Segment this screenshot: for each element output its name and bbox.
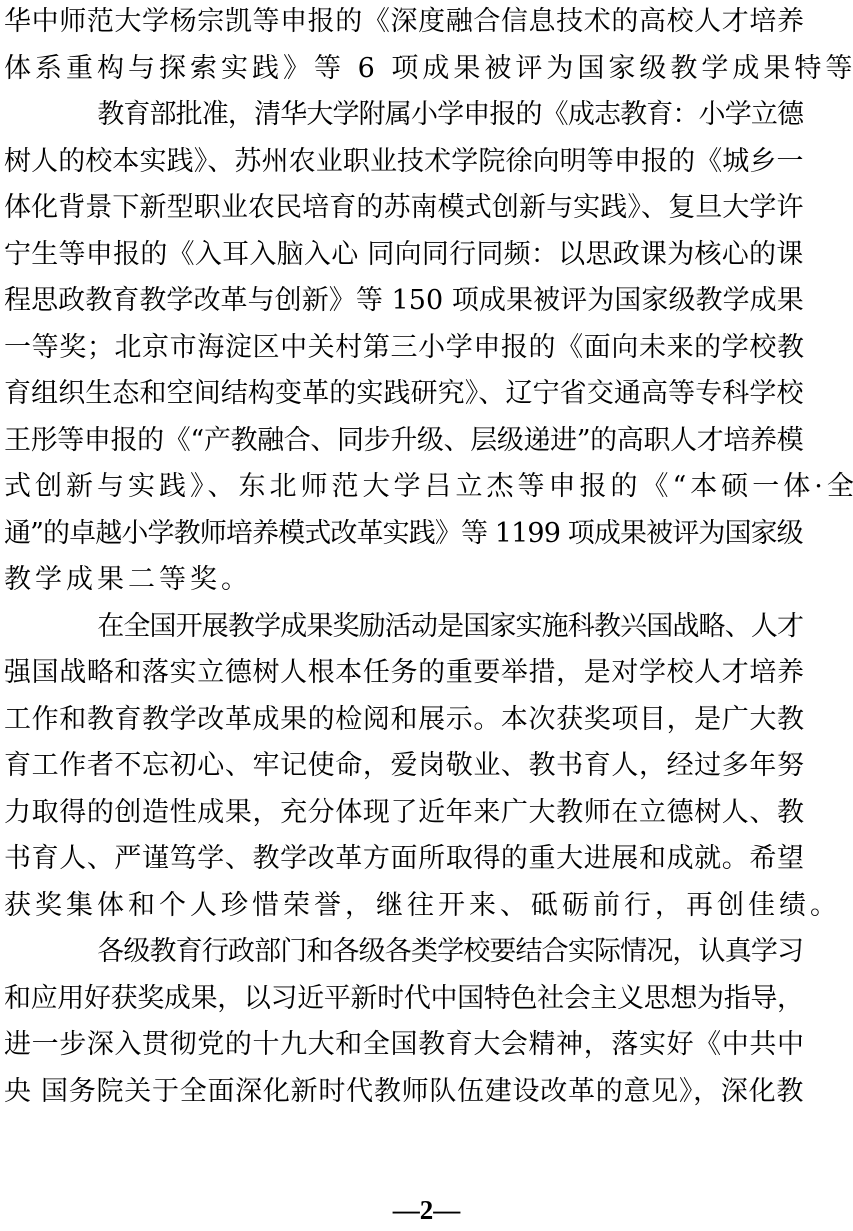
text-line: 宁生等申报的《入耳入脑入心 同向同行同频：以思政课为核心的课 (4, 232, 804, 278)
text-line: 力取得的创造性成果，充分体现了近年来广大教师在立德树人、教 (4, 790, 805, 836)
text-line: 在全国开展教学成果奖励活动是国家实施科教兴国战略、人才 (97, 604, 803, 650)
text-line: 进一步深入贯彻党的十九大和全国教育大会精神，落实好《中共中 (4, 1022, 805, 1068)
text-line: 程思政教育教学改革与创新》等 150 项成果被评为国家级教学成果 (4, 278, 804, 324)
text-line: 树人的校本实践》、苏州农业职业技术学院徐向明等申报的《城乡一 (4, 139, 804, 185)
text-line: 华中师范大学杨宗凯等申报的《深度融合信息技术的高校人才培养 (4, 0, 805, 45)
text-line: 央 国务院关于全面深化新时代教师队伍建设改革的意见》，深化教 (4, 1069, 804, 1115)
text-line: 育组织生态和空间结构变革的实践研究》、辽宁省交通高等专科学校 (4, 371, 804, 417)
text-line: 书育人、严谨笃学、教学改革方面所取得的重大进展和成就。希望 (4, 836, 805, 882)
text-line: 式创新与实践》、东北师范大学吕立杰等申报的《“本硕一体·全科·融 (4, 464, 853, 510)
text-line: 工作和教育教学改革成果的检阅和展示。本次获奖项目，是广大教 (4, 697, 805, 743)
text-line: 一等奖；北京市海淀区中关村第三小学申报的《面向未来的学校教 (4, 325, 805, 371)
text-line: 教育部批准，清华大学附属小学申报的《成志教育：小学立德 (97, 92, 803, 138)
text-line: 获奖集体和个人珍惜荣誉，继往开来、砥砺前行，再创佳绩。 (4, 883, 841, 929)
text-line: 教学成果二等奖。 (4, 557, 252, 603)
text-line: 王彤等申报的《“产教融合、同步升级、层级递进”的高职人才培养模 (4, 418, 803, 464)
text-line: 体系重构与探索实践》等 6 项成果被评为国家级教学成果特等奖。 (4, 46, 853, 92)
page-number: —2— (0, 1190, 853, 1230)
text-line: 通”的卓越小学教师培养模式改革实践》等 1199 项成果被评为国家级 (4, 511, 803, 557)
text-line: 育工作者不忘初心、牢记使命，爱岗敬业、教书育人，经过多年努 (4, 743, 805, 789)
text-line: 各级教育行政部门和各级各类学校要结合实际情况，认真学习 (97, 929, 803, 975)
text-line: 和应用好获奖成果，以习近平新时代中国特色社会主义思想为指导， (4, 976, 804, 1022)
text-line: 体化背景下新型职业农民培育的苏南模式创新与实践》、复旦大学许 (4, 185, 804, 231)
text-line: 强国战略和落实立德树人根本任务的重要举措，是对学校人才培养 (4, 650, 805, 696)
